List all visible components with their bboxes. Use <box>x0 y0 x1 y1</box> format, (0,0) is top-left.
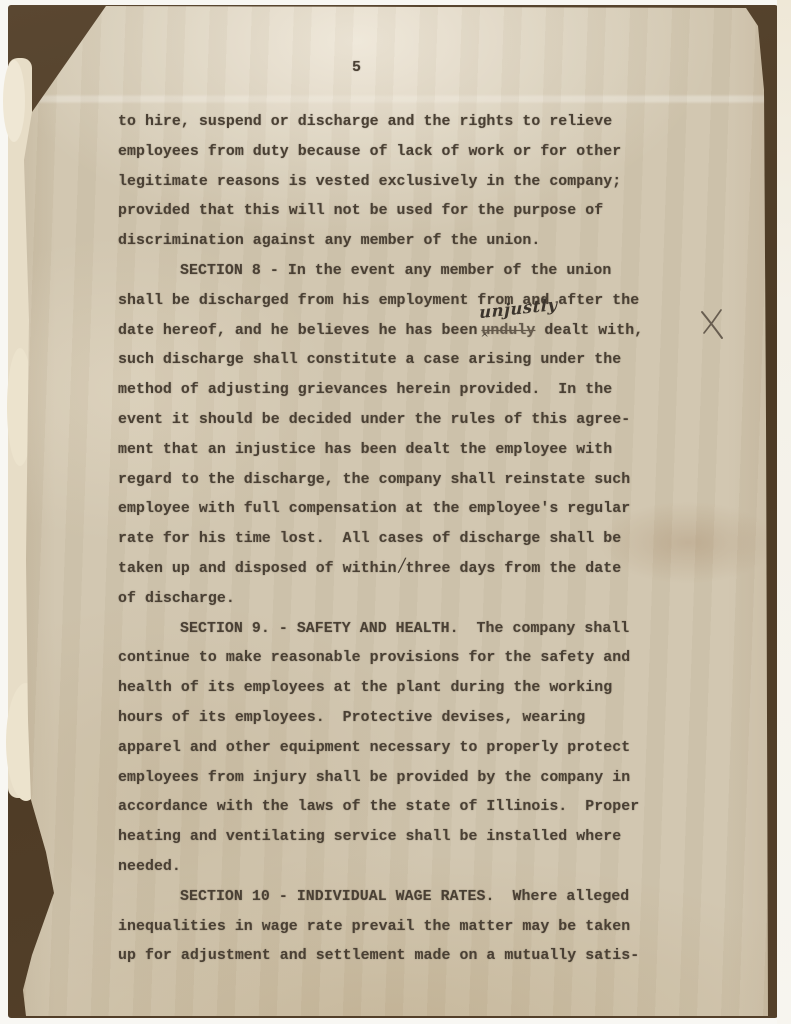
text-line-with-slash: taken up and disposed of within/three da… <box>118 555 718 585</box>
edit-annotation: ^undulyunjustly <box>481 317 535 347</box>
section-9-heading-line: SECTION 9. - SAFETY AND HEALTH. The comp… <box>118 615 718 645</box>
scanned-page: 5 to hire, suspend or discharge and the … <box>0 0 791 1024</box>
page-text: to hire, suspend or discharge and the ri… <box>118 108 718 972</box>
text-line: regard to the discharge, the company sha… <box>118 466 718 496</box>
text-line: shall be discharged from his employment … <box>118 287 718 317</box>
text-line: continue to make reasonable provisions f… <box>118 644 718 674</box>
section-10-heading-line: SECTION 10 - INDIVIDUAL WAGE RATES. Wher… <box>118 883 718 913</box>
text-line: legitimate reasons is vested exclusively… <box>118 168 718 198</box>
text-line: health of its employees at the plant dur… <box>118 674 718 704</box>
paper-sheet: 5 to hire, suspend or discharge and the … <box>0 0 791 1024</box>
adjacent-page-edge <box>777 0 791 1024</box>
text-line: provided that this will not be used for … <box>118 197 718 227</box>
text-line: heating and ventilating service shall be… <box>118 823 718 853</box>
paragraph-section-10: SECTION 10 - INDIVIDUAL WAGE RATES. Wher… <box>118 883 718 972</box>
text-line: ment that an injustice has been dealt th… <box>118 436 718 466</box>
text-line: event it should be decided under the rul… <box>118 406 718 436</box>
text-line: inequalities in wage rate prevail the ma… <box>118 913 718 943</box>
text-line: up for adjustment and settlement made on… <box>118 942 718 972</box>
text-line: employee with full compensation at the e… <box>118 495 718 525</box>
text-line: accordance with the laws of the state of… <box>118 793 718 823</box>
text-before-slash: taken up and disposed of within <box>118 561 397 577</box>
struck-word: unduly <box>481 323 535 339</box>
text-line: such discharge shall constitute a case a… <box>118 346 718 376</box>
text-line: method of adjusting grievances herein pr… <box>118 376 718 406</box>
paragraph-section-9: SECTION 9. - SAFETY AND HEALTH. The comp… <box>118 615 718 883</box>
text-line: employees from injury shall be provided … <box>118 764 718 794</box>
paragraph-hire-discharge: to hire, suspend or discharge and the ri… <box>118 108 718 257</box>
text-line: discrimination against any member of the… <box>118 227 718 257</box>
paragraph-section-8: SECTION 8 - In the event any member of t… <box>118 257 718 615</box>
torn-paper-tab <box>3 60 25 142</box>
text-line: hours of its employees. Protective devis… <box>118 704 718 734</box>
text-line: apparel and other equipment necessary to… <box>118 734 718 764</box>
text-after-edit: dealt with, <box>535 323 643 339</box>
text-line-edited: date hereof, and he believes he has been… <box>118 317 718 347</box>
text-line: of discharge. <box>118 585 718 615</box>
text-line: rate for his time lost. All cases of dis… <box>118 525 718 555</box>
text-line: employees from duty because of lack of w… <box>118 138 718 168</box>
text-before-edit: date hereof, and he believes he has been <box>118 323 477 339</box>
section-8-heading-line: SECTION 8 - In the event any member of t… <box>118 257 718 287</box>
text-line: needed. <box>118 853 718 883</box>
text-line: to hire, suspend or discharge and the ri… <box>118 108 718 138</box>
handwritten-x-mark-icon <box>695 303 729 343</box>
text-after-slash: three days from the date <box>406 561 622 577</box>
page-number: 5 <box>352 60 361 76</box>
